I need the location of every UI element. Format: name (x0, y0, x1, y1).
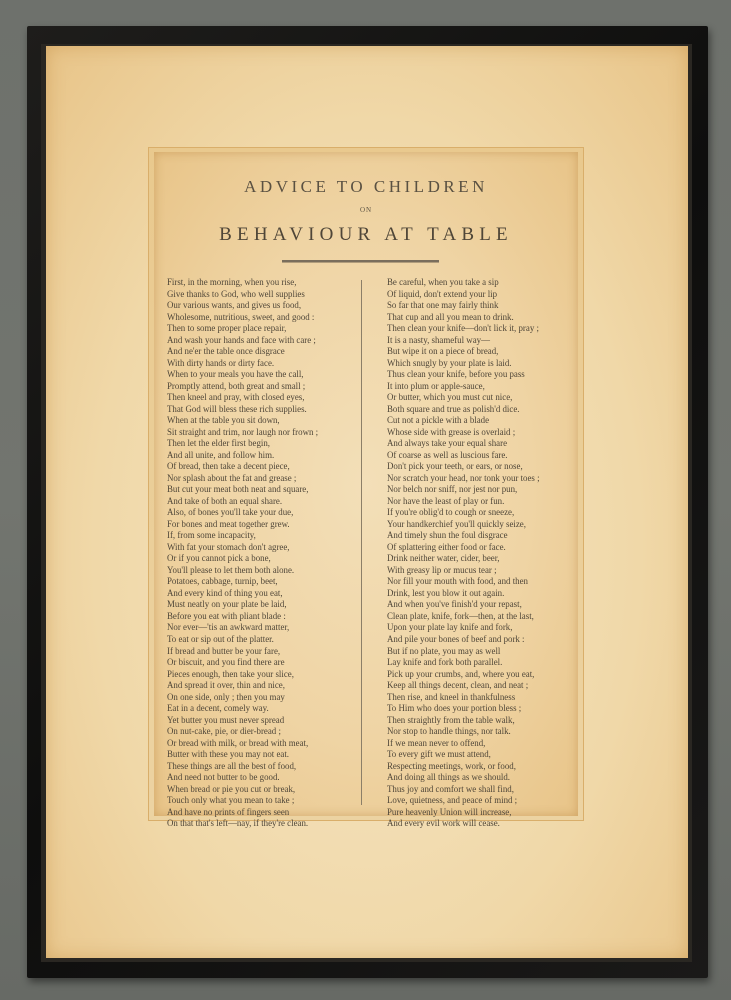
poem-line: On one side, only ; then you may (167, 692, 318, 704)
poem-line: To eat or sip out of the platter. (167, 634, 318, 646)
poem-line: Of liquid, don't extend your lip (387, 289, 540, 301)
poem-line: Of bread, then take a decent piece, (167, 461, 318, 473)
column-divider (361, 280, 362, 805)
poem-line: And have no prints of fingers seen (167, 807, 318, 819)
poem-line: Nor stop to handle things, nor talk. (387, 726, 540, 738)
poem-line: And ne'er the table once disgrace (167, 346, 318, 358)
poem-line: Nor scratch your head, nor tonk your toe… (387, 473, 540, 485)
poem-line: Your handkerchief you'll quickly seize, (387, 519, 540, 531)
poem-line: Drink, lest you blow it out again. (387, 588, 540, 600)
poem-line: Wholesome, nutritious, sweet, and good : (167, 312, 318, 324)
title-connector: ON (154, 206, 578, 214)
poem-line: Eat in a decent, comely way. (167, 703, 318, 715)
poem-line: Or bread with milk, or bread with meat, (167, 738, 318, 750)
title-line-1: ADVICE TO CHILDREN (154, 177, 578, 197)
poem-line: And need not butter to be good. (167, 772, 318, 784)
poem-line: These things are all the best of food, (167, 761, 318, 773)
printed-page: ADVICE TO CHILDREN ON BEHAVIOUR AT TABLE… (154, 152, 578, 816)
poem-line: But cut your meat both neat and square, (167, 484, 318, 496)
poem-line: And always take your equal share (387, 438, 540, 450)
poem-line: Whose side with grease is overlaid ; (387, 427, 540, 439)
poem-line: Then clean your knife—don't lick it, pra… (387, 323, 540, 335)
poem-line: Be careful, when you take a sip (387, 277, 540, 289)
title-rule (282, 260, 439, 263)
poem-line: When to your meals you have the call, (167, 369, 318, 381)
title-line-2: BEHAVIOUR AT TABLE (154, 224, 578, 246)
poem-line: Clean plate, knife, fork—then, at the la… (387, 611, 540, 623)
poem-line: Then kneel and pray, with closed eyes, (167, 392, 318, 404)
poem-line: Butter with these you may not eat. (167, 749, 318, 761)
poem-line: Then to some proper place repair, (167, 323, 318, 335)
poem-line: To every gift we must attend, (387, 749, 540, 761)
poem-line: If you're oblig'd to cough or sneeze, (387, 507, 540, 519)
poem-line: Then let the elder first begin, (167, 438, 318, 450)
poem-line: Thus clean your knife, before you pass (387, 369, 540, 381)
poem-line: Which snugly by your plate is laid. (387, 358, 540, 370)
poem-line: And pile your bones of beef and pork : (387, 634, 540, 646)
poem-line: And every evil work will cease. (387, 818, 540, 830)
poem-line: Then straightly from the table walk, (387, 715, 540, 727)
poem-right-column: Be careful, when you take a sipOf liquid… (387, 277, 540, 830)
poem-line: Nor have the least of play or fun. (387, 496, 540, 508)
poem-line: When bread or pie you cut or break, (167, 784, 318, 796)
poem-line: On that that's left—nay, if they're clea… (167, 818, 318, 830)
poem-line: Sit straight and trim, nor laugh nor fro… (167, 427, 318, 439)
poem-line: Both square and true as polish'd dice. (387, 404, 540, 416)
poem-line: That cup and all you mean to drink. (387, 312, 540, 324)
poem-line: Of coarse as well as luscious fare. (387, 450, 540, 462)
poem-line: Or biscuit, and you find there are (167, 657, 318, 669)
poem-line: And doing all things as we should. (387, 772, 540, 784)
poem-line: Or butter, which you must cut nice, (387, 392, 540, 404)
poem-left-column: First, in the morning, when you rise,Giv… (167, 277, 318, 830)
poem-line: Pieces enough, then take your slice, (167, 669, 318, 681)
poem-line: With dirty hands or dirty face. (167, 358, 318, 370)
poem-line: Pure heavenly Union will increase, (387, 807, 540, 819)
poem-line: Potatoes, cabbage, turnip, beet, (167, 576, 318, 588)
poem-line: And take of both an equal share. (167, 496, 318, 508)
poem-line: Nor belch nor sniff, nor jest nor pun, (387, 484, 540, 496)
poem-line: And wash your hands and face with care ; (167, 335, 318, 347)
poem-line: Cut not a pickle with a blade (387, 415, 540, 427)
poem-line: So far that one may fairly think (387, 300, 540, 312)
poem-line: It into plum or apple-sauce, (387, 381, 540, 393)
poem-line: Don't pick your teeth, or ears, or nose, (387, 461, 540, 473)
poem-line: If, from some incapacity, (167, 530, 318, 542)
poem-line: Must neatly on your plate be laid, (167, 599, 318, 611)
poem-line: Or if you cannot pick a bone, (167, 553, 318, 565)
poem-line: On nut-cake, pie, or dier-bread ; (167, 726, 318, 738)
poem-line: Nor ever—'tis an awkward matter, (167, 622, 318, 634)
poem-line: Love, quietness, and peace of mind ; (387, 795, 540, 807)
poem-line: When at the table you sit down, (167, 415, 318, 427)
poem-line: If bread and butter be your fare, (167, 646, 318, 658)
poem-line: First, in the morning, when you rise, (167, 277, 318, 289)
poem-line: Upon your plate lay knife and fork, (387, 622, 540, 634)
poem-line: Nor splash about the fat and grease ; (167, 473, 318, 485)
poem-line: Then rise, and kneel in thankfulness (387, 692, 540, 704)
poem-line: Thus joy and comfort we shall find, (387, 784, 540, 796)
poem-line: And all unite, and follow him. (167, 450, 318, 462)
poem-line: Give thanks to God, who well supplies (167, 289, 318, 301)
poem-line: You'll please to let them both alone. (167, 565, 318, 577)
poem-line: Drink neither water, cider, beer, (387, 553, 540, 565)
poem-line: To Him who does your portion bless ; (387, 703, 540, 715)
poem-line: Nor fill your mouth with food, and then (387, 576, 540, 588)
poem-line: And timely shun the foul disgrace (387, 530, 540, 542)
poem-line: Promptly attend, both great and small ; (167, 381, 318, 393)
poem-line: Lay knife and fork both parallel. (387, 657, 540, 669)
poem-line: Pick up your crumbs, and, where you eat, (387, 669, 540, 681)
poem-line: That God will bless these rich supplies. (167, 404, 318, 416)
poem-line: And spread it over, thin and nice, (167, 680, 318, 692)
poem-line: With greasy lip or mucus tear ; (387, 565, 540, 577)
poem-line: Touch only what you mean to take ; (167, 795, 318, 807)
poem-line: Of splattering either food or face. (387, 542, 540, 554)
poem-line: Keep all things decent, clean, and neat … (387, 680, 540, 692)
poem-line: Our various wants, and gives us food, (167, 300, 318, 312)
poem-line: Also, of bones you'll take your due, (167, 507, 318, 519)
poem-line: If we mean never to offend, (387, 738, 540, 750)
poem-line: For bones and meat together grew. (167, 519, 318, 531)
poem-line: With fat your stomach don't agree, (167, 542, 318, 554)
poem-line: Yet butter you must never spread (167, 715, 318, 727)
poem-line: But if no plate, you may as well (387, 646, 540, 658)
poem-line: But wipe it on a piece of bread, (387, 346, 540, 358)
poem-line: Respecting meetings, work, or food, (387, 761, 540, 773)
poem-line: Before you eat with pliant blade : (167, 611, 318, 623)
poem-line: And when you've finish'd your repast, (387, 599, 540, 611)
poem-line: It is a nasty, shameful way— (387, 335, 540, 347)
poem-line: And every kind of thing you eat, (167, 588, 318, 600)
